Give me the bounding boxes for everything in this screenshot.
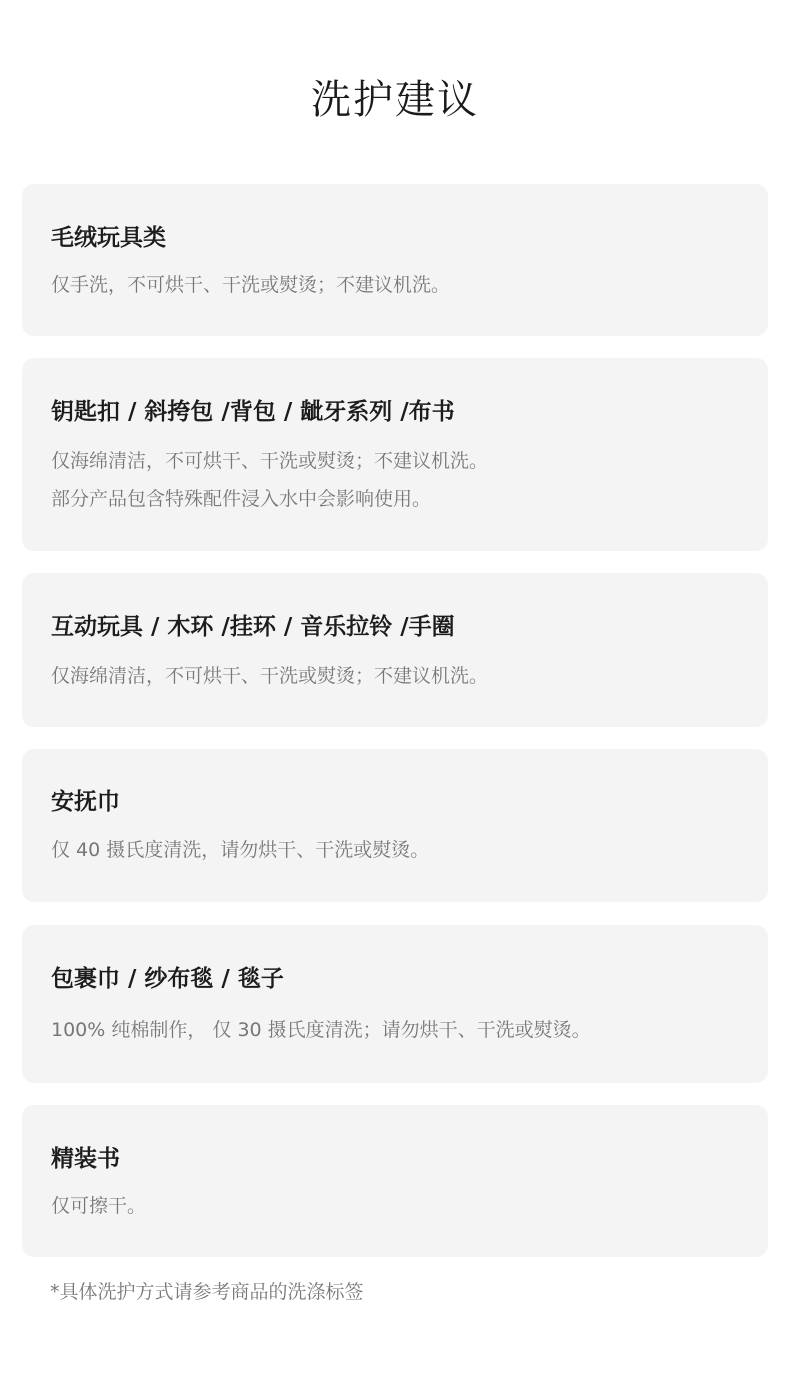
care-card-swaddle-blankets: 包裹巾 / 纱布毯 / 毯子 100% 纯棉制作， 仅 30 摄氏度清洗；请勿烘… — [22, 925, 768, 1083]
care-card-plush-toys: 毛绒玩具类 仅手洗，不可烘干、干洗或熨烫；不建议机洗。 — [22, 184, 768, 336]
care-card-keychain-bags: 钥匙扣 / 斜挎包 /背包 / 龇牙系列 /布书 仅海绵清洁，不可烘干、干洗或熨… — [22, 358, 768, 551]
card-instruction: 仅可擦干。 — [51, 1193, 146, 1219]
card-instruction: 仅海绵清洁，不可烘干、干洗或熨烫；不建议机洗。 — [51, 663, 488, 689]
card-title: 互动玩具 / 木环 /挂环 / 音乐拉铃 /手圈 — [51, 612, 455, 642]
card-instruction: 仅手洗，不可烘干、干洗或熨烫；不建议机洗。 — [51, 272, 450, 298]
care-card-hardcover-books: 精装书 仅可擦干。 — [22, 1105, 768, 1257]
card-instruction-note: 部分产品包含特殊配件浸入水中会影响使用。 — [51, 486, 431, 512]
care-card-comforter: 安抚巾 仅 40 摄氏度清洗，请勿烘干、干洗或熨烫。 — [22, 749, 768, 902]
card-instruction: 仅 40 摄氏度清洗，请勿烘干、干洗或熨烫。 — [51, 837, 429, 863]
care-card-interactive-toys: 互动玩具 / 木环 /挂环 / 音乐拉铃 /手圈 仅海绵清洁，不可烘干、干洗或熨… — [22, 573, 768, 727]
card-title: 安抚巾 — [51, 787, 120, 817]
footnote: *具体洗护方式请参考商品的洗涤标签 — [50, 1279, 364, 1305]
card-instruction: 100% 纯棉制作， 仅 30 摄氏度清洗；请勿烘干、干洗或熨烫。 — [51, 1017, 591, 1043]
card-instruction: 仅海绵清洁，不可烘干、干洗或熨烫；不建议机洗。 — [51, 448, 488, 474]
page-title: 洗护建议 — [0, 72, 790, 128]
card-title: 毛绒玩具类 — [51, 223, 166, 253]
card-title: 钥匙扣 / 斜挎包 /背包 / 龇牙系列 /布书 — [51, 397, 455, 427]
card-title: 包裹巾 / 纱布毯 / 毯子 — [51, 964, 284, 994]
card-title: 精装书 — [51, 1144, 120, 1174]
